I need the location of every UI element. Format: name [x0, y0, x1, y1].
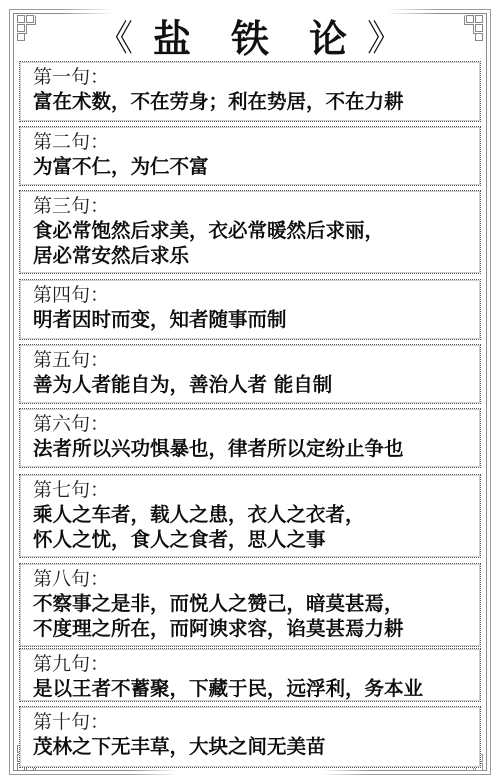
sentence-box-2: 第二句： 为富不仁，为仁不富: [19, 126, 481, 186]
page-title: 《 盐 铁 论 》: [0, 12, 500, 58]
sentence-label: 第六句：: [33, 412, 480, 436]
title-char-yan: 盐: [153, 8, 191, 63]
sentence-label: 第四句：: [33, 283, 480, 307]
sentence-box-3: 第三句： 食必常饱然后求美，衣必常暖然后求丽， 居必常安然后求乐: [19, 190, 481, 274]
sentence-text: 居必常安然后求乐: [33, 243, 480, 268]
sentence-label: 第五句：: [33, 348, 480, 372]
title-char-lun: 论: [309, 8, 347, 63]
sentence-text: 不察事之是非，而悦人之赞己，暗莫甚焉，: [33, 591, 480, 616]
sentence-text: 是以王者不蓄聚，下藏于民，远浮利，务本业: [33, 676, 480, 701]
sentence-label: 第八句：: [33, 567, 480, 591]
sentence-box-5: 第五句： 善为人者能自为，善治人者 能自制: [19, 344, 481, 404]
sentence-text: 为富不仁，为仁不富: [33, 154, 480, 179]
sentence-text: 乘人之车者，载人之患，衣人之衣者，: [33, 502, 480, 527]
sentence-box-7: 第七句： 乘人之车者，载人之患，衣人之衣者， 怀人之忧，食人之食者，思人之事: [19, 474, 481, 558]
sentence-label: 第三句：: [33, 194, 480, 218]
sentence-box-9: 第九句： 是以王者不蓄聚，下藏于民，远浮利，务本业: [19, 648, 481, 702]
sentence-text: 富在术数，不在劳身；利在势居，不在力耕: [33, 89, 480, 114]
sentence-box-10: 第十句： 茂林之下无丰草，大块之间无美苗: [19, 706, 481, 768]
sentence-label: 第二句：: [33, 130, 480, 154]
sentence-box-1: 第一句： 富在术数，不在劳身；利在势居，不在力耕: [19, 61, 481, 122]
sentence-label: 第一句：: [33, 65, 480, 89]
bottom-frame-gap: [130, 768, 370, 780]
title-close-bracket: 》: [367, 10, 403, 61]
sentence-text: 茂林之下无丰草，大块之间无美苗: [33, 734, 480, 759]
sentence-text: 善为人者能自为，善治人者 能自制: [33, 372, 480, 397]
sentence-box-4: 第四句： 明者因时而变，知者随事而制: [19, 279, 481, 340]
title-open-bracket: 《: [97, 10, 133, 61]
sentence-box-8: 第八句： 不察事之是非，而悦人之赞己，暗莫甚焉， 不度理之所在，而阿谀求容，谄莫…: [19, 563, 481, 647]
title-char-tie: 铁: [231, 8, 269, 63]
sentence-label: 第十句：: [33, 710, 480, 734]
sentence-text: 明者因时而变，知者随事而制: [33, 307, 480, 332]
sentence-box-6: 第六句： 法者所以兴功惧暴也，律者所以定纷止争也: [19, 408, 481, 468]
sentence-text: 食必常饱然后求美，衣必常暖然后求丽，: [33, 218, 480, 243]
sentence-text: 法者所以兴功惧暴也，律者所以定纷止争也: [33, 436, 480, 461]
sentence-label: 第九句：: [33, 652, 480, 676]
sentence-text: 怀人之忧，食人之食者，思人之事: [33, 527, 480, 552]
sentence-label: 第七句：: [33, 478, 480, 502]
sentence-text: 不度理之所在，而阿谀求容，谄莫甚焉力耕: [33, 616, 480, 641]
